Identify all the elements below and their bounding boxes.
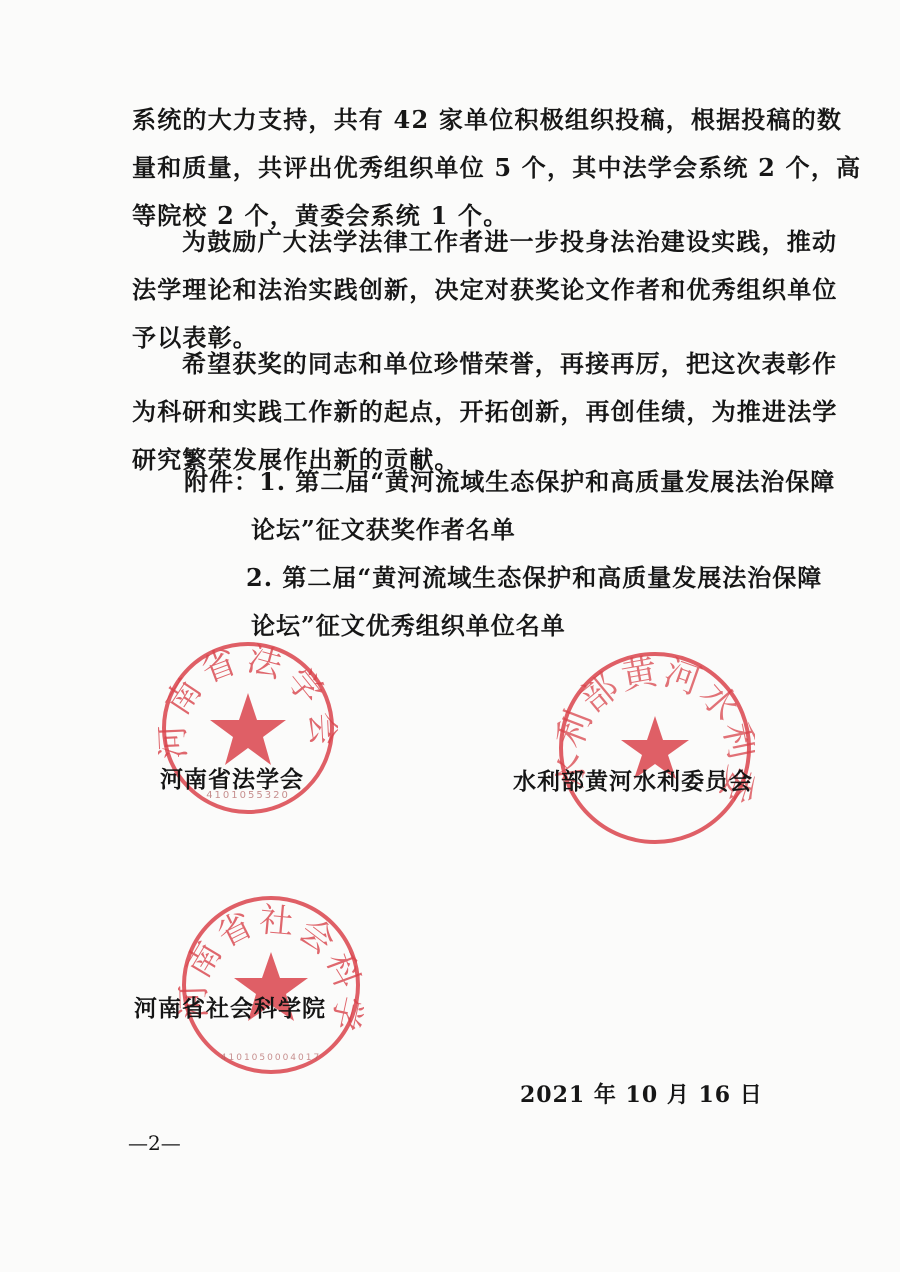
attachment-item-1-cont: 论坛”征文获奖作者名单 <box>184 506 824 554</box>
svg-text:4101050004017: 4101050004017 <box>221 1053 321 1063</box>
text-line: 量和质量，共评出优秀组织单位 5 个，其中法学会系统 2 个，高 <box>132 144 812 192</box>
signatory-1: 河南省法学会 <box>160 761 304 794</box>
attachment-item-1: 附件：1. 第二届“黄河流域生态保护和高质量发展法治保障 <box>184 458 824 506</box>
signatory-3: 河南省社会科学院 <box>134 990 326 1023</box>
star-icon <box>210 693 286 765</box>
text-line: 为科研和实践工作新的起点，开拓创新，再创佳绩，为推进法学 <box>132 388 812 436</box>
issue-date: 2021 年 10 月 16 日 <box>520 1078 763 1109</box>
seal-yellow-river-commission: 水利部黄河水利委员会 <box>555 648 755 848</box>
text-line: 希望获奖的同志和单位珍惜荣誉，再接再厉，把这次表彰作 <box>132 340 812 388</box>
page-number: —2— <box>128 1131 181 1155</box>
attachments-label: 附件： <box>184 467 259 496</box>
seal-henan-academy-social-sciences: 河南省社会科学院 4101050004017 <box>178 892 364 1078</box>
signatory-2: 水利部黄河水利委员会 <box>513 763 753 796</box>
text-line: 为鼓励广大法学法律工作者进一步投身法治建设实践，推动 <box>132 218 812 266</box>
text-line: 法学理论和法治实践创新，决定对获奖论文作者和优秀组织单位 <box>132 266 812 314</box>
attachments: 附件：1. 第二届“黄河流域生态保护和高质量发展法治保障 论坛”征文获奖作者名单… <box>184 458 824 650</box>
text-line: 系统的大力支持，共有 42 家单位积极组织投稿，根据投稿的数 <box>132 96 812 144</box>
document-page: 系统的大力支持，共有 42 家单位积极组织投稿，根据投稿的数 量和质量，共评出优… <box>0 0 900 1272</box>
attachment-item-2: 2. 第二届“黄河流域生态保护和高质量发展法治保障 <box>184 554 824 602</box>
